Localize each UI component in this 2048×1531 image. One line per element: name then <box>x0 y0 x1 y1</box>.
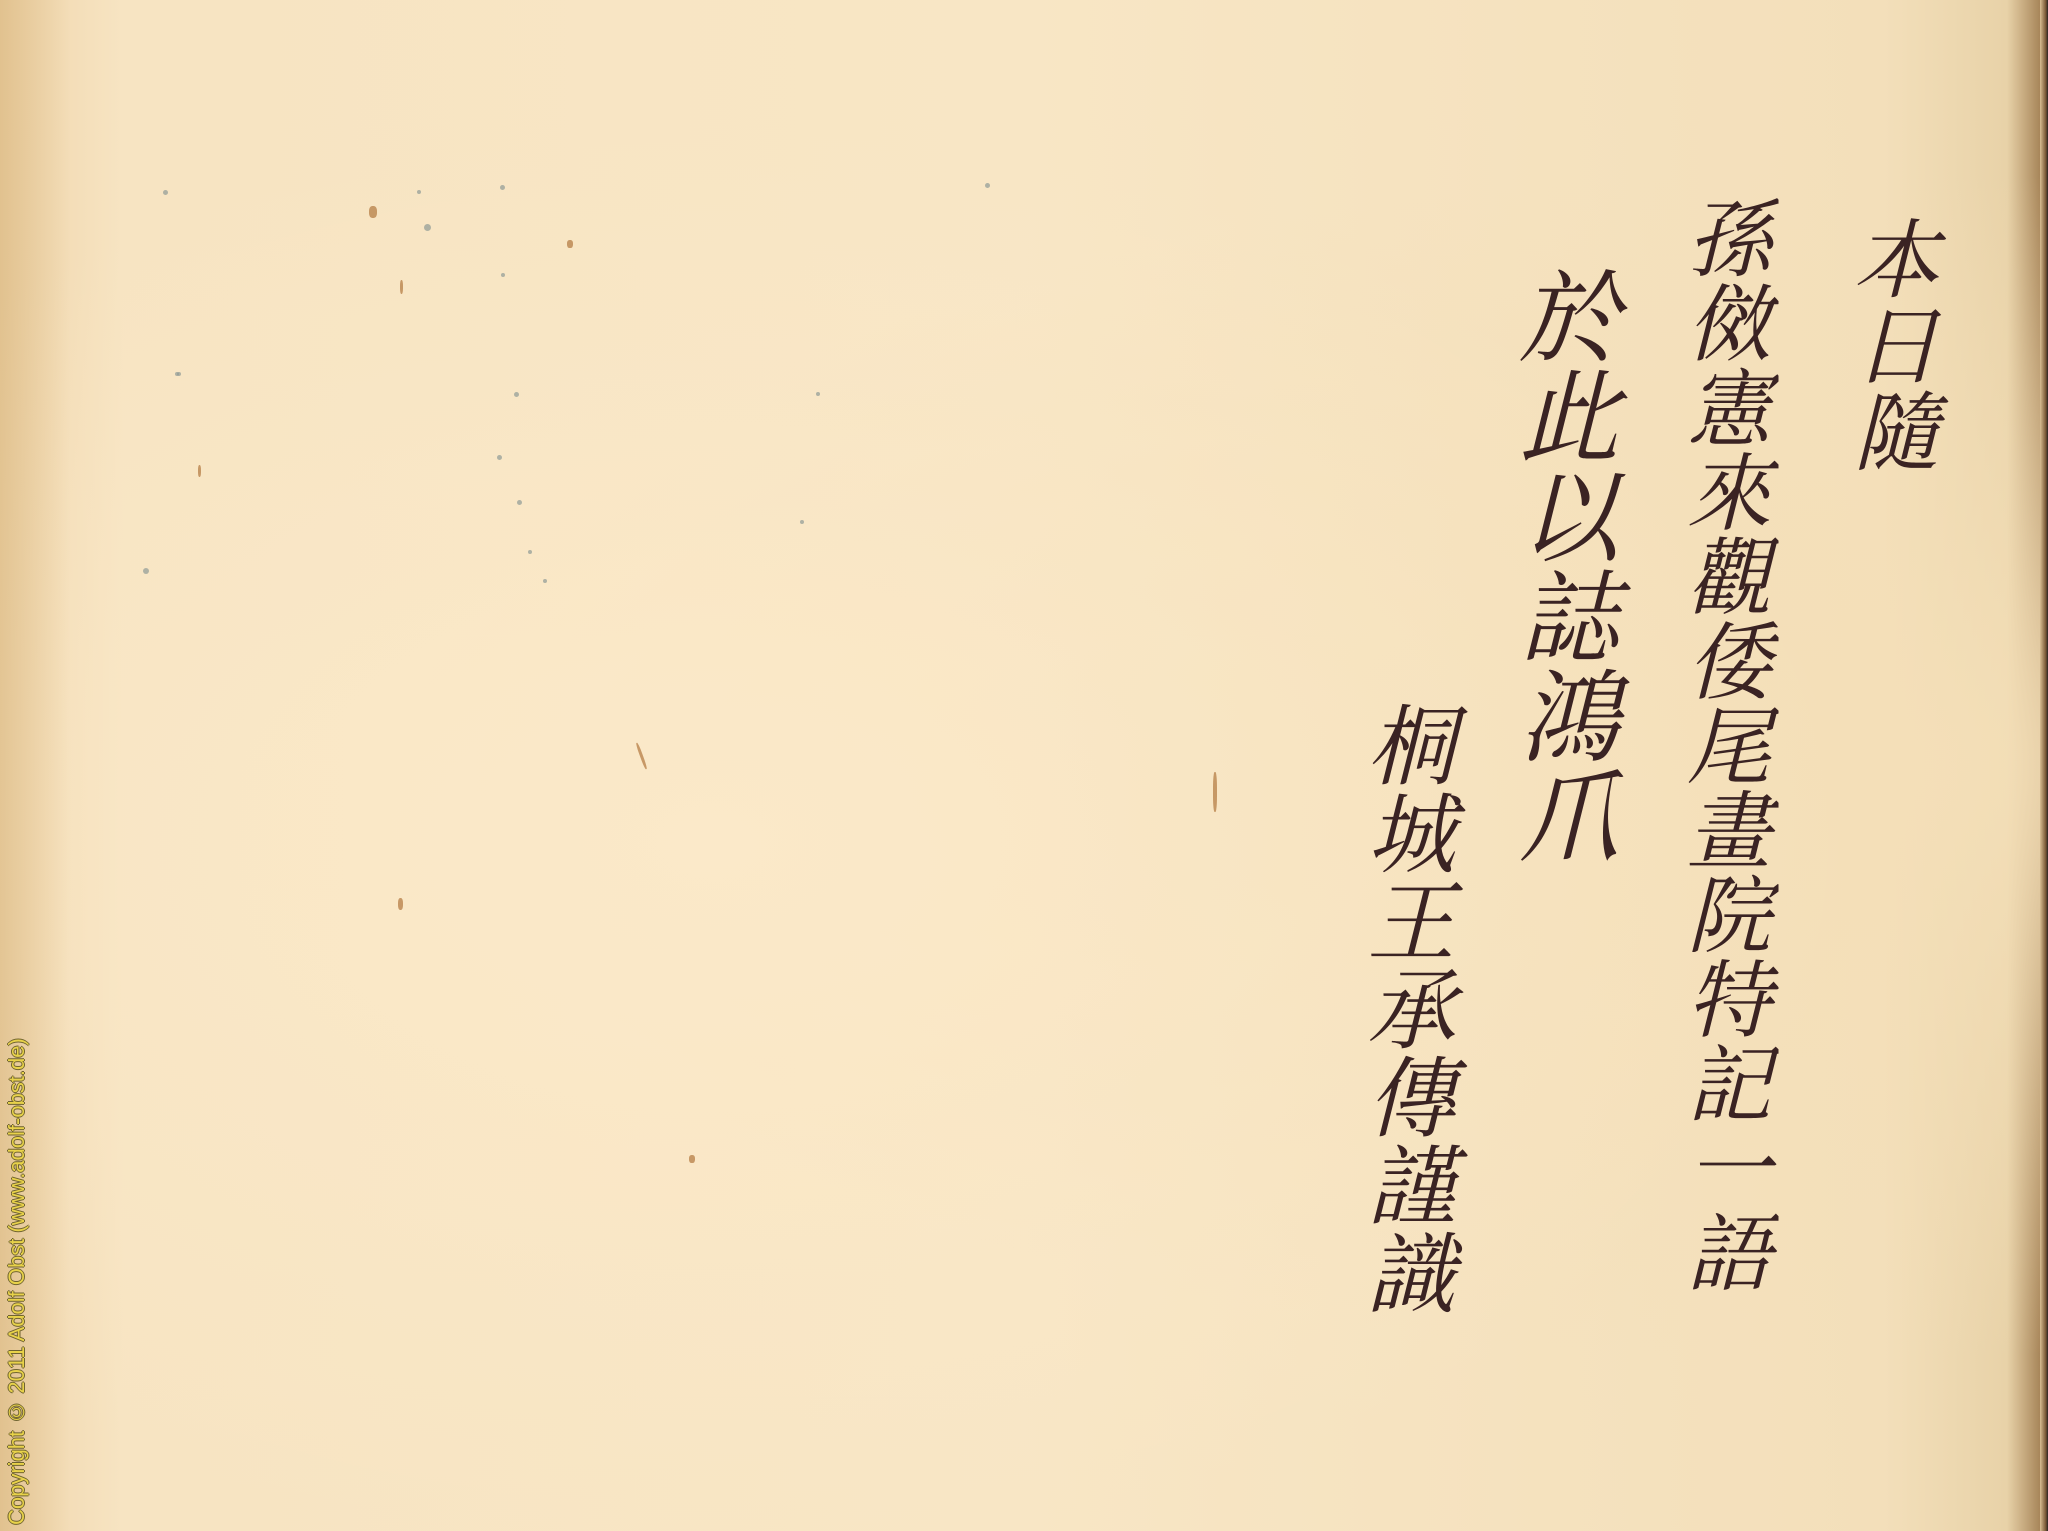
paper-speck <box>543 579 547 583</box>
paper-stain <box>398 898 403 910</box>
paper-speck <box>417 190 421 194</box>
paper-stain <box>635 742 647 769</box>
paper-speck <box>143 568 149 574</box>
paper-stain <box>400 280 403 294</box>
paper-stain <box>1213 772 1217 812</box>
paper-speck <box>497 455 502 460</box>
paper-stain <box>369 206 377 218</box>
paper-speck <box>800 520 804 524</box>
paper-speck <box>985 183 990 188</box>
paper-stain <box>689 1155 695 1163</box>
paper-speck <box>517 500 522 505</box>
copyright-watermark: Copyright © 2011 Adolf Obst (www.adolf-o… <box>4 905 30 1525</box>
calligraphy-column-1: 本日隨 <box>1845 215 1931 473</box>
page-right-edge <box>2040 0 2048 1531</box>
calligraphy-column-2: 孫傚憲來觀倭尾畫院特記一語 <box>1680 195 1765 1294</box>
paper-speck <box>163 190 168 195</box>
calligraphy-signature-column: 桐城王承傳謹識 <box>1360 700 1448 1316</box>
paper-stain <box>567 240 573 248</box>
paper-speck <box>501 273 505 277</box>
scanned-paper-page: 本日隨 孫傚憲來觀倭尾畫院特記一語 於此以誌鴻爪 桐城王承傳謹識 Copyrig… <box>0 0 2048 1531</box>
paper-speck <box>514 392 519 397</box>
paper-stain <box>198 465 201 477</box>
paper-speck <box>528 550 532 554</box>
paper-speck <box>424 224 431 231</box>
calligraphy-column-3: 於此以誌鴻爪 <box>1510 265 1610 865</box>
paper-speck <box>816 392 820 396</box>
paper-speck <box>177 372 181 376</box>
paper-speck <box>500 185 505 190</box>
